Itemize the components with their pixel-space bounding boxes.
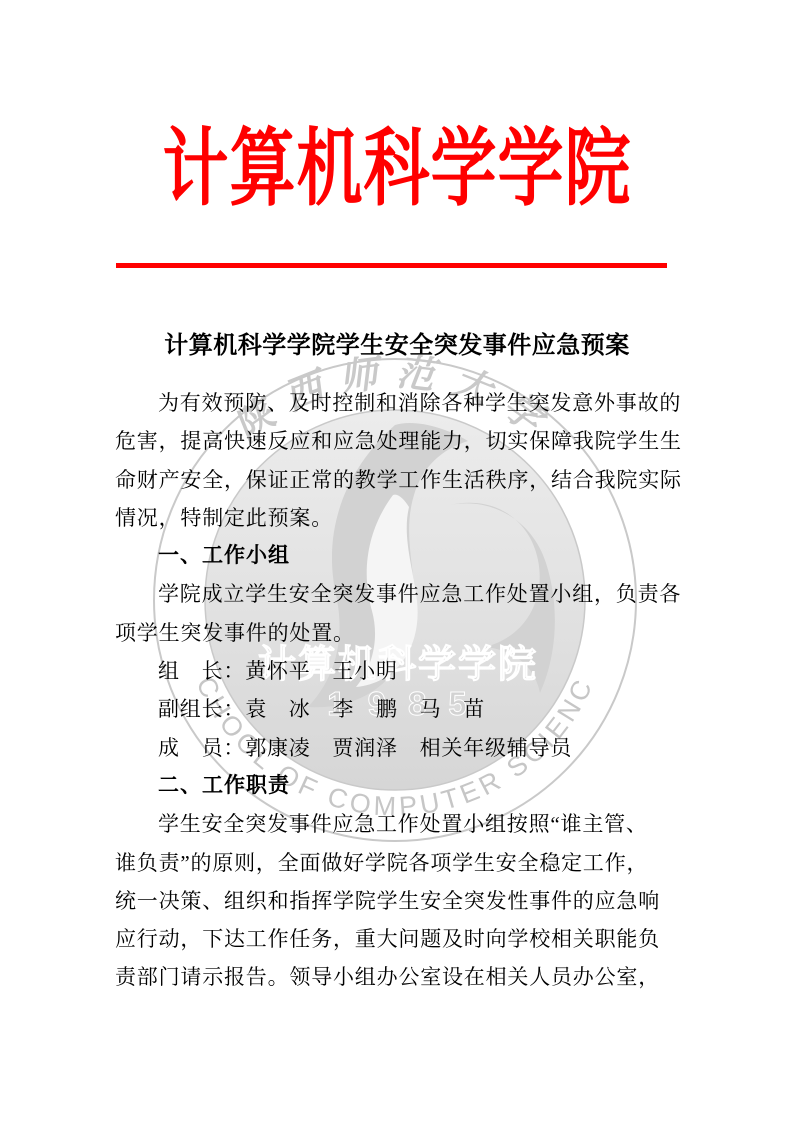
section-heading: 一、工作小组 [115,537,690,575]
body-line: 责部门请示报告。领导小组办公室设在相关人员办公室， [115,958,690,996]
body-line: 学生安全突发事件应急工作处置小组按照“谁主管、 [115,805,690,843]
body-line: 组 长：黄怀平 王小明 [115,652,690,690]
body-line: 谁负责”的原则，全面做好学院各项学生安全稳定工作， [115,844,690,882]
document-title: 计算机科学学院学生安全突发事件应急预案 [0,325,794,360]
letterhead-rule [116,263,667,268]
section-heading: 二、工作职责 [115,767,690,805]
body-line: 应行动，下达工作任务，重大问题及时向学校相关职能负 [115,920,690,958]
body-line: 学院成立学生安全突发事件应急工作处置小组，负责各 [115,575,690,613]
body-line: 统一决策、组织和指挥学院学生安全突发性事件的应急响 [115,882,690,920]
letterhead-title: 计算机科学学院 [0,100,794,222]
body-line: 危害，提高快速反应和应急处理能力，切实保障我院学生生 [115,422,690,460]
body-line: 为有效预防、及时控制和消除各种学生突发意外事故的 [115,384,690,422]
body-line: 命财产安全，保证正常的教学工作生活秩序，结合我院实际 [115,461,690,499]
body-line: 副组长：袁 冰 李 鹏 马 苗 [115,690,690,728]
document-page: 陕西师范大学 SCHOOL OF COMPUTER SCIENCE 计算机科学学… [0,0,794,1123]
body-line: 情况，特制定此预案。 [115,499,690,537]
document-body: 为有效预防、及时控制和消除各种学生突发意外事故的危害，提高快速反应和应急处理能力… [115,384,690,997]
body-line: 项学生突发事件的处置。 [115,614,690,652]
body-line: 成 员：郭康凌 贾润泽 相关年级辅导员 [115,729,690,767]
